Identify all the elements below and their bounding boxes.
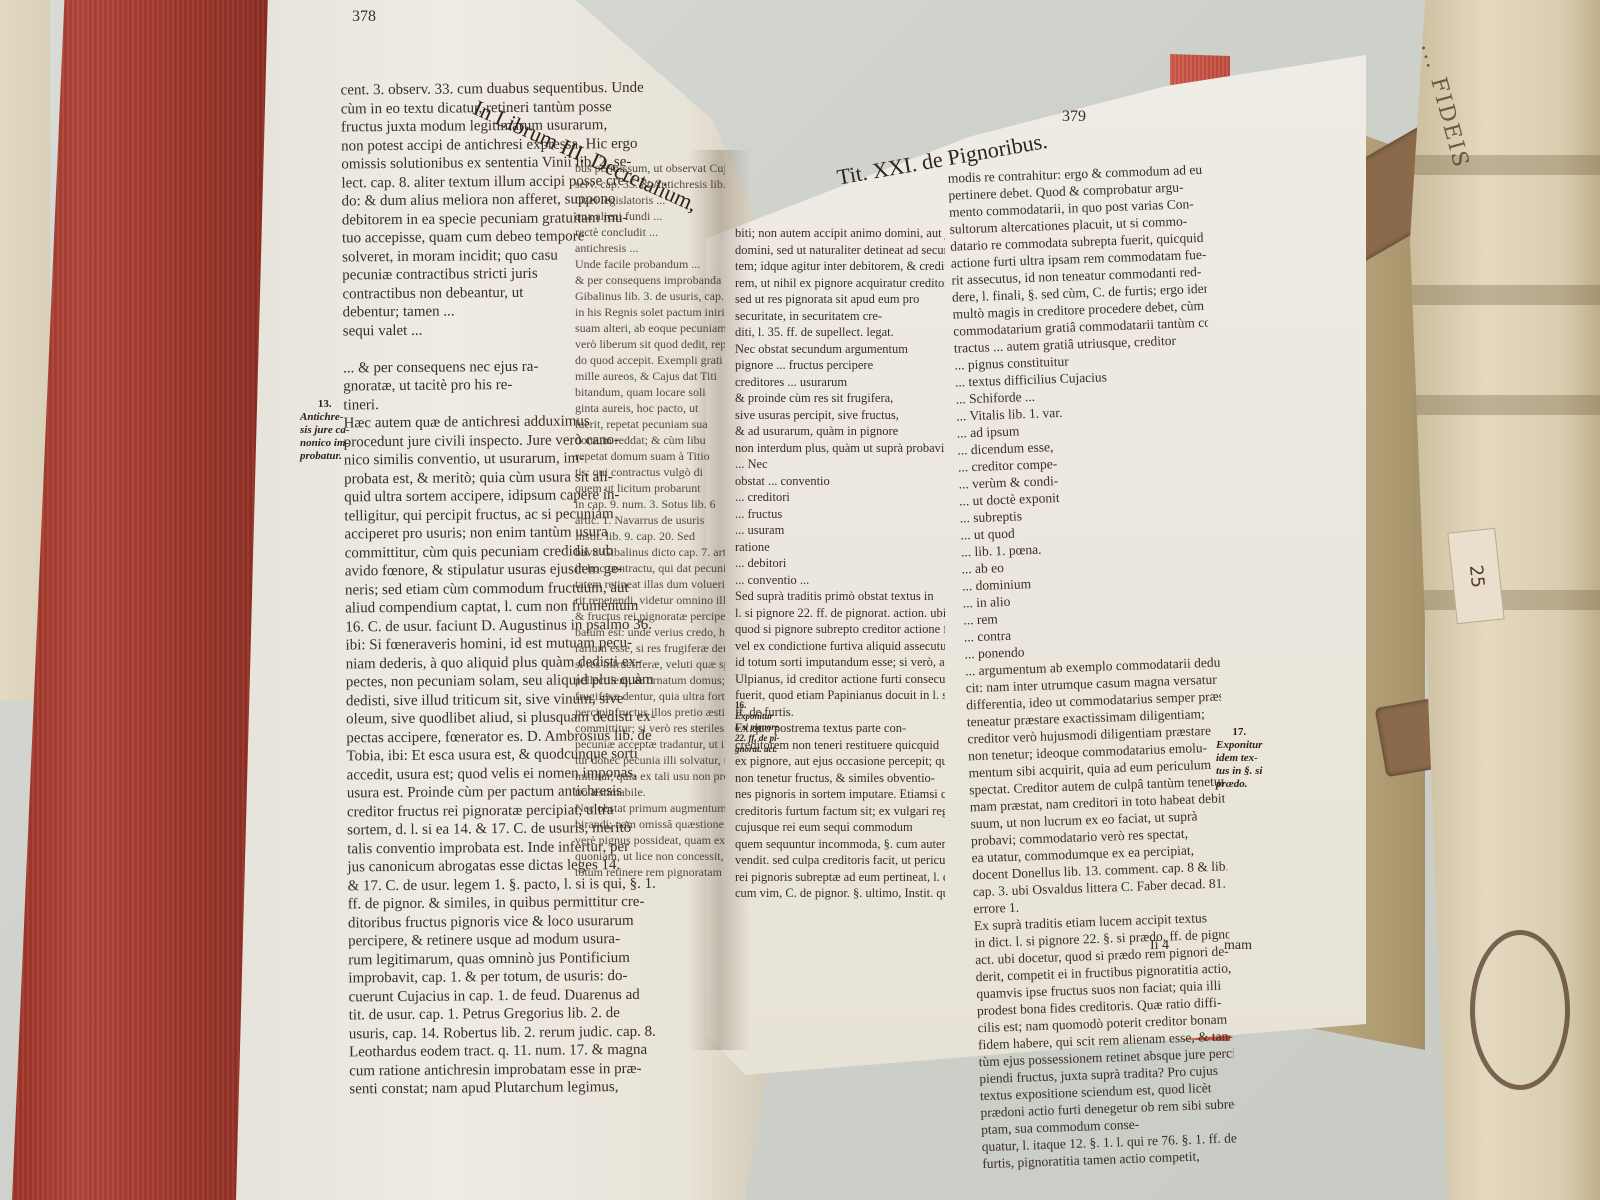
marginal-line: Exponitur (735, 711, 780, 722)
text-line: non tenetur fructus, & similes obventio- (735, 770, 945, 787)
text-line: mille aureos, & Cajus dat Titi (575, 368, 725, 384)
text-line: verè pignus possideat, quam exuit (575, 832, 725, 848)
text-line: serv. cap. 35. & Antichresis lib. (575, 176, 725, 192)
text-line: rei pignoris subreptæ ad eum pertineat, … (735, 869, 945, 886)
text-line: quem ut licitum probarunt (575, 480, 725, 496)
left-page-number: 378 (352, 8, 376, 26)
text-line: repetat domum suam à Titio (575, 448, 725, 464)
left-red-page-edges (12, 0, 274, 1200)
text-line: quem sequuntur incommoda, §. cum autem, … (735, 836, 945, 853)
text-line: & per consequens improbanda (575, 272, 725, 288)
text-line: pignore ... fructus percipere (735, 357, 945, 374)
text-line: cent. 3. observ. 33. cum duabus sequenti… (341, 79, 671, 100)
right-page-left-column: biti; non autem accipit animo domini, au… (735, 225, 945, 902)
text-line: birandi; nam omissâ quæstione, (575, 816, 725, 832)
text-line: vendit. sed culpa creditoris facit, ut p… (735, 852, 945, 869)
text-line: ex pignore, aut ejus occasione percepit;… (735, 753, 945, 770)
marginal-line: tus in §. si (1216, 765, 1262, 778)
marginal-line: nonico im- (300, 437, 350, 450)
text-line: ... creditori (735, 489, 945, 506)
text-line: ... Nec (735, 456, 945, 473)
text-line: percipit fructus illos pretio æstimabile… (575, 704, 725, 720)
photo-scene: ... FIDEIS 25 378 In Librum III. Decreta… (0, 0, 1600, 1200)
text-line: Ozei legislatoris ... (575, 192, 725, 208)
text-line: cuerunt Cujacius in cap. 1. de feud. Dua… (348, 985, 678, 1006)
marginal-line: prædo. (1216, 778, 1262, 791)
text-line: ... debitori (735, 555, 945, 572)
right-page-outer-marginal-note: 17. Exponitur idem tex- tus in §. si præ… (1216, 726, 1262, 791)
text-line: & proinde cùm res sit frugifera, (735, 390, 945, 407)
text-line: rum legitimarum, quas omninò jus Pontifi… (348, 948, 678, 969)
text-line: domini, sed ut naturaliter detineat ad s… (735, 242, 945, 259)
catchword: mam (1224, 938, 1252, 954)
text-line: cum vim, C. de pignor. §. ultimo, Instit… (735, 885, 945, 902)
text-line: pellectilem, & ornatum domus; (575, 672, 725, 688)
text-line: creditoris furtum factum sit; ex vulgari… (735, 803, 945, 820)
text-line: vel ex condictione furtiva aliquid assec… (735, 638, 945, 655)
text-line: obstat ... conventio (735, 473, 945, 490)
text-line: luerit, repetat pecuniam sua (575, 416, 725, 432)
marginal-line: idem tex- (1216, 752, 1262, 765)
text-line: tem; idque agitur inter debitorem, & cre… (735, 258, 945, 275)
marginal-line: l. si pignore (735, 722, 780, 733)
signature-mark: Ii 4 (1150, 938, 1169, 954)
text-line: in hoc contractu, qui dat pecuniam (575, 560, 725, 576)
text-line: bus permissum, ut observat Cujacius (575, 160, 725, 176)
text-line: rit repetendi, videtur omnino illas (575, 592, 725, 608)
right-page-number: 379 (1062, 108, 1086, 126)
text-line: ditoribus fructus pignoris vice & loco u… (348, 911, 678, 932)
shelf-label-number: 25 (1464, 564, 1487, 589)
ink-ring-stain (1470, 930, 1570, 1090)
text-line: tatem retineat illas dum voluerit, & u (575, 576, 725, 592)
marginal-number: 16. (735, 700, 780, 711)
marginal-line: probatur. (300, 450, 350, 463)
text-line: tur donec pecunia illi solvatur, usur (575, 752, 725, 768)
left-page-inner-column: bus permissum, ut observat Cujacius serv… (575, 160, 725, 880)
text-line: ... fructus (735, 506, 945, 523)
text-line: securitate, in securitatem cre- (735, 308, 945, 325)
text-line: Sed suprà traditis primò obstat textus i… (735, 588, 945, 605)
text-line: totum retinere rem pignoratam (575, 864, 725, 880)
text-line: mittitur, quia ex tali usu non provenit (575, 768, 725, 784)
text-line: bavit Gibalinus dicto cap. 7. artic. 13. (575, 544, 725, 560)
marginal-line: gnorat. act. (735, 744, 780, 755)
marginal-line: Exponitur (1216, 739, 1262, 752)
text-line: senti constat; nam apud Plutarchum legim… (349, 1078, 679, 1099)
shelf-label: 25 (1447, 528, 1504, 625)
text-line: ff. de pignor. & similes, in quibus perm… (348, 893, 678, 914)
text-line: Nec obstat secundum argumentum (735, 341, 945, 358)
text-line: tis: qui contractus vulgò di (575, 464, 725, 480)
text-line: Leothardus eodem tract. q. 11. num. 17. … (349, 1041, 679, 1062)
text-line: batum est: unde verius credo, hoc pa (575, 624, 725, 640)
right-page-inner-marginal-note: 16. Exponitur l. si pignore 22. ff. de p… (735, 700, 780, 755)
text-line: Ulpianus, id creditor actione furti cons… (735, 671, 945, 688)
text-line: rarium esse, si res frugiferæ dentur, (575, 640, 725, 656)
marginal-line: Antichre- (300, 411, 350, 424)
text-line: quoniam, ut lice non concessit, dicendum (575, 848, 725, 864)
text-line: domum reddat; & cùm libu (575, 432, 725, 448)
text-line: id totum sorti imputandum esse; si verò,… (735, 654, 945, 671)
text-line: Instit. lib. 9. cap. 20. Sed (575, 528, 725, 544)
text-line: Unde facile probandum ... (575, 256, 725, 272)
text-line: qua alieni fundi ... (575, 208, 725, 224)
text-line: sive usuras percipit, sive fructus, (735, 407, 945, 424)
text-line: Gibalinus lib. 3. de usuris, cap. 7. a. (575, 288, 725, 304)
text-line: si res infructiferæ, veluti quæ specta (575, 656, 725, 672)
text-line: ... usuram (735, 522, 945, 539)
left-marginal-note: 13. Antichre- sis jure ca- nonico im- pr… (300, 398, 350, 463)
text-line: & fructus rei pignoratæ percipere, (575, 608, 725, 624)
text-line: quod si pignore subrepto creditor action… (735, 621, 945, 638)
text-line: ratione (735, 539, 945, 556)
text-line: creditores ... usurarum (735, 374, 945, 391)
text-line: Nec obstat primum augmentum (575, 800, 725, 816)
text-line: biti; non autem accipit animo domini, au… (735, 225, 945, 242)
text-line: do quod accepit. Exempli grati (575, 352, 725, 368)
text-line: rectè concludit ... (575, 224, 725, 240)
text-line: in his Regnis solet pactum iniri, (575, 304, 725, 320)
text-line: l. si pignore 22. ff. de pignorat. actio… (735, 605, 945, 622)
text-line: tio æstimabile. (575, 784, 725, 800)
text-line: ... conventio ... (735, 572, 945, 589)
text-line: sed ut res pignorata sit apud eum pro (735, 291, 945, 308)
marginal-line: 22. ff. de pi- (735, 733, 780, 744)
text-line: artic. 1. Navarrus de usuris (575, 512, 725, 528)
text-line: & ad usurarum, quàm in pignore (735, 423, 945, 440)
right-page-right-column: modis re contrahitur: ergo & commodum ad… (948, 161, 1238, 1172)
text-line: nes pignoris in sortem imputare. Etiamsi… (735, 786, 945, 803)
text-line: verò liberum sit quod dedit, rep (575, 336, 725, 352)
text-line: non interdum plus, quàm ut suprà probavi… (735, 440, 945, 457)
text-line: bitandum, quam locare soli (575, 384, 725, 400)
text-line: in cap. 9. num. 3. Sotus lib. 6 (575, 496, 725, 512)
marginal-line: sis jure ca- (300, 424, 350, 437)
text-line: pecuniæ acceptæ tradantur, ut illi cr (575, 736, 725, 752)
text-line: frugiferæ dentur, quia ultra fortem (575, 688, 725, 704)
text-line: cum ratione antichresin improbatam esse … (349, 1059, 679, 1080)
text-line: diti, l. 35. ff. de supellect. legat. (735, 324, 945, 341)
text-line: suam alteri, ab eoque pecuniam (575, 320, 725, 336)
text-line: antichresis ... (575, 240, 725, 256)
text-line: cujusque rei eum sequi commodum (735, 819, 945, 836)
text-line: ginta aureis, hoc pacto, ut (575, 400, 725, 416)
text-line: rem, ut nihil ex pignore acquiratur cred… (735, 275, 945, 292)
marginal-number: 13. (300, 398, 350, 411)
text-line: committitur; si verò res steriles pro (575, 720, 725, 736)
marginal-number: 17. (1216, 726, 1262, 739)
